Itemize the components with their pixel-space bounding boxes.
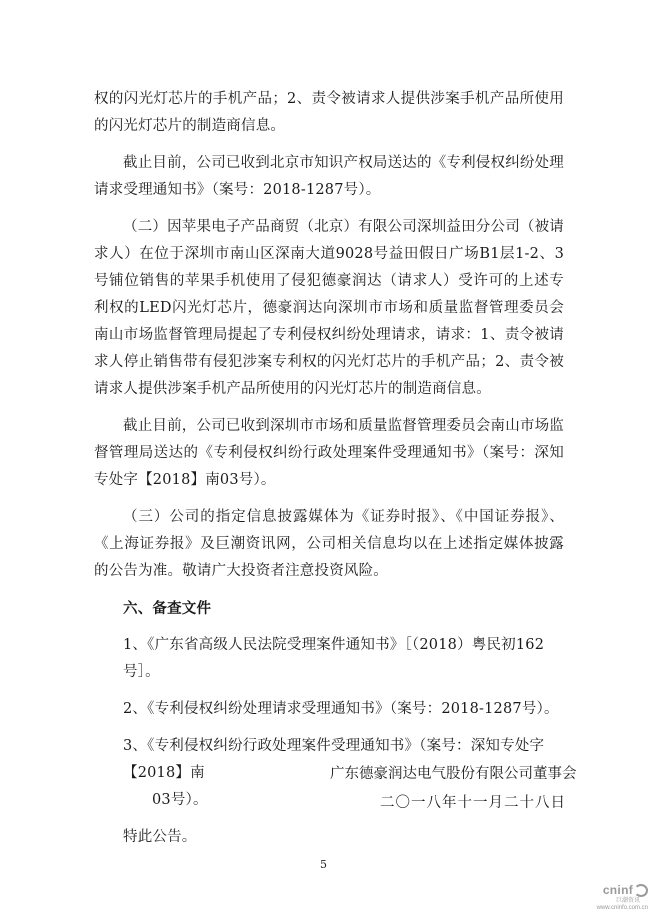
paragraph-beijing-notice: 截止目前，公司已收到北京市知识产权局送达的《专利侵权纠纷处理请求受理通知书》（案… [94, 150, 564, 204]
logo-chinese-name: 巨潮资讯 [590, 897, 640, 905]
paragraph-disclosure-media: （三）公司的指定信息披露媒体为《证券时报》、《中国证券报》、《上海证券报》及巨潮… [94, 504, 564, 585]
logo-url: www.cninfo.com.cn [590, 905, 648, 912]
page-number: 5 [320, 858, 327, 871]
document-page: 权的闪光灯芯片的手机产品；2、责令被请求人提供涉案手机产品所使用的闪光灯芯片的制… [0, 0, 650, 919]
reference-document-label: 1、《广东省高级人民法院受理案件通知书》［（2018）粤民初162号］。 [123, 637, 544, 680]
logo-brand: cninf [603, 883, 633, 897]
cninfo-logo: cninf 巨潮资讯 www.cninfo.com.cn [590, 884, 648, 912]
signature-company: 广东德豪润达电气股份有限公司董事会 [330, 761, 577, 788]
signature-date: 二〇一八年十一月二十八日 [380, 790, 566, 817]
paragraph-case-two: （二）因苹果电子产品商贸（北京）有限公司深圳益田分公司（被请求人）在位于深圳市南… [94, 214, 564, 403]
logo-swirl-icon [634, 884, 648, 897]
document-body: 权的闪光灯芯片的手机产品；2、责令被请求人提供涉案手机产品所使用的闪光灯芯片的制… [94, 86, 564, 861]
reference-document-label: 2、《专利侵权纠纷处理请求受理通知书》（案号：2018-1287号）。 [123, 701, 559, 717]
section-heading-reference-documents: 六、备查文件 [123, 595, 564, 622]
reference-document-2: 2、《专利侵权纠纷处理请求受理通知书》（案号：2018-1287号）。 [123, 696, 564, 723]
closing-statement: 特此公告。 [123, 824, 564, 851]
reference-document-1: 1、《广东省高级人民法院受理案件通知书》［（2018）粤民初162号］。 [123, 632, 564, 686]
paragraph-continuation: 权的闪光灯芯片的手机产品；2、责令被请求人提供涉案手机产品所使用的闪光灯芯片的制… [94, 86, 564, 140]
paragraph-shenzhen-notice: 截止目前，公司已收到深圳市市场和质量监督管理委员会南山市场监督管理局送达的《专利… [94, 413, 564, 494]
